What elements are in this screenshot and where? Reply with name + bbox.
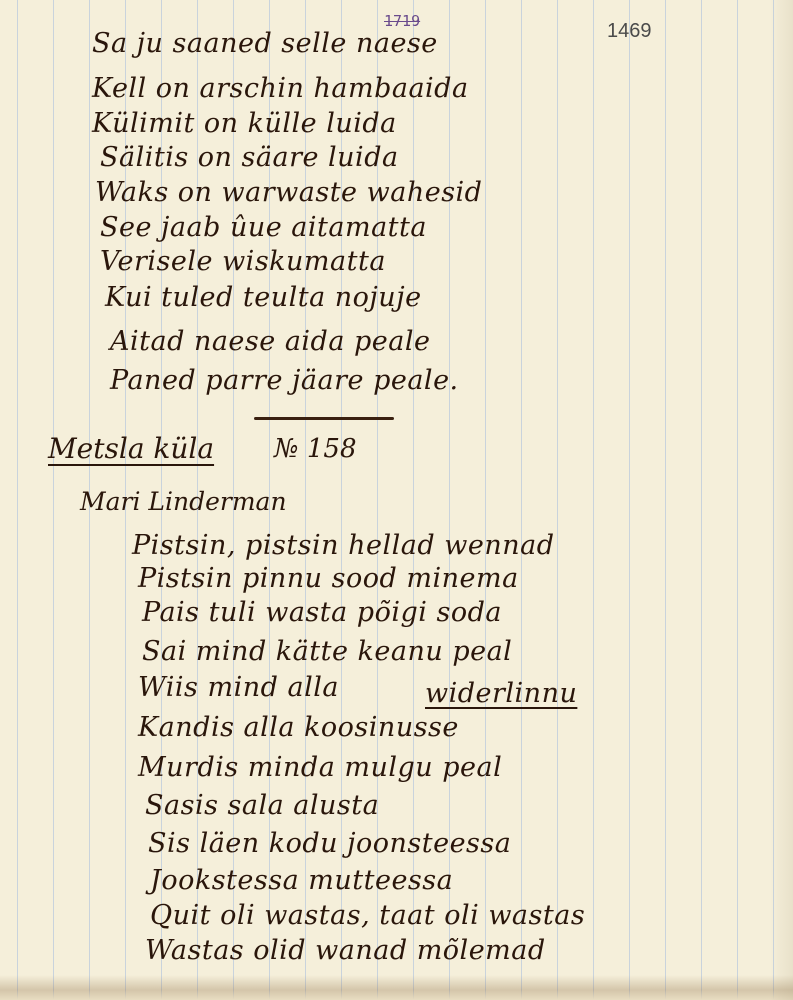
poem-line: Pais tuli wasta põigi soda xyxy=(142,597,502,628)
manuscript-page: 1719 1469 Sa ju saaned selle naese Kell … xyxy=(0,0,793,1000)
poem-line: Sasis sala alusta xyxy=(145,790,379,821)
archive-number: 1469 xyxy=(607,20,652,43)
poem-line: Pistsin, pistsin hellad wennad xyxy=(132,530,555,561)
poem-line: Sis läen kodu joonsteessa xyxy=(148,828,511,859)
poem-line: Wastas olid wanad mõlemad xyxy=(145,935,546,966)
underlined-word: widerlinnu xyxy=(425,678,577,709)
poem-line: Kandis alla koosinusse xyxy=(138,712,459,743)
entry-number: № 158 xyxy=(274,434,357,464)
poem-line: Wiis mind alla xyxy=(138,672,339,703)
poem-line: Murdis minda mulgu peal xyxy=(138,752,502,783)
poem-line: Kell on arschin hambaaida xyxy=(92,73,469,104)
poem-line: Pistsin pinnu sood minema xyxy=(138,563,519,594)
poem-line: Külimit on külle luida xyxy=(92,108,397,139)
poem-line: Sa ju saaned selle naese xyxy=(92,28,438,59)
poem-line: Paned parre jäare peale. xyxy=(110,365,459,396)
poem-line: Jookstessa mutteessa xyxy=(150,865,453,896)
poem-line: Sai mind kätte keanu peal xyxy=(142,636,512,667)
village-heading: Metsla küla xyxy=(48,432,214,465)
poem-line: Kui tuled teulta nojuje xyxy=(105,282,422,313)
poem-line: Sälitis on säare luida xyxy=(100,142,399,173)
informant-name: Mari Linderman xyxy=(80,487,287,516)
poem-line: See jaab ûue aitamatta xyxy=(100,212,427,243)
poem-line: Verisele wiskumatta xyxy=(100,246,386,277)
poem-line: Quit oli wastas, taat oli wastas xyxy=(150,900,585,931)
poem-line: Aitad naese aida peale xyxy=(110,326,431,357)
section-divider xyxy=(254,417,394,420)
poem-line: Waks on warwaste wahesid xyxy=(95,177,482,208)
